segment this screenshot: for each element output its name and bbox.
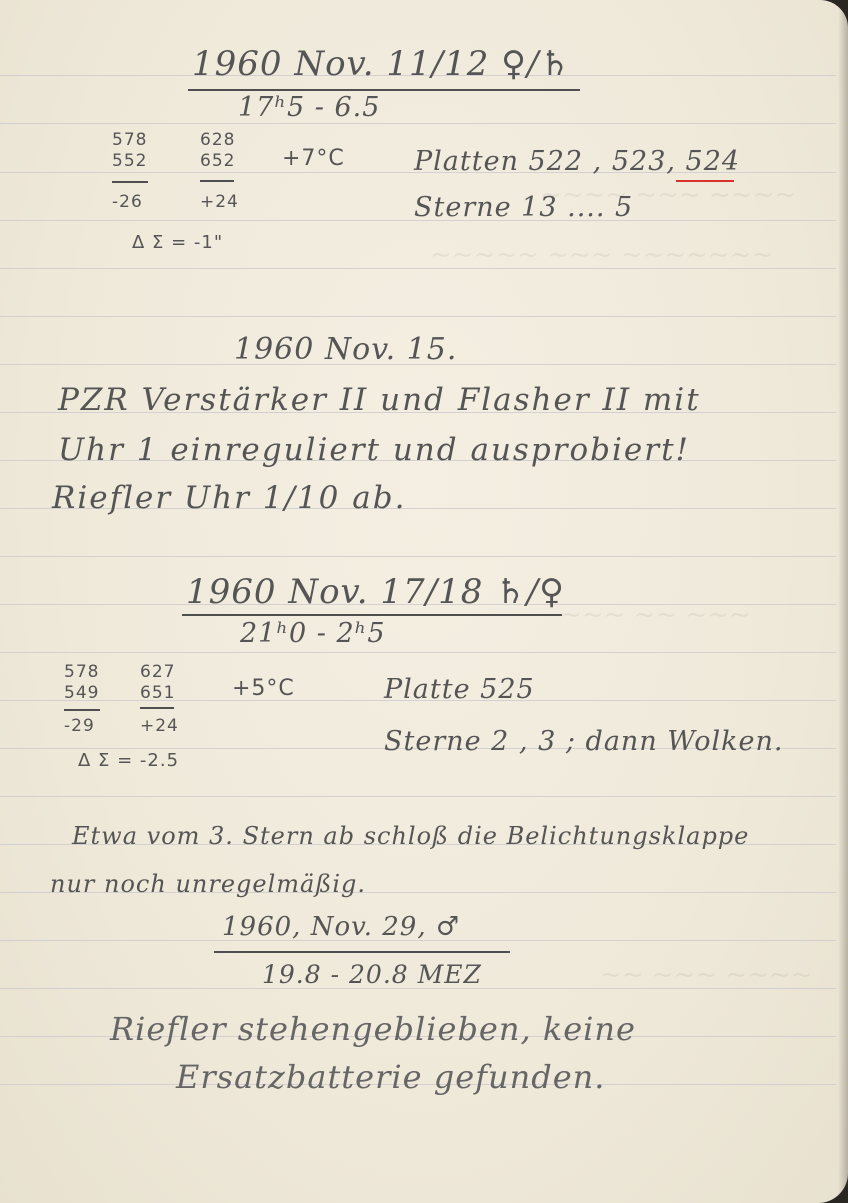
calc-top: 627: [140, 662, 175, 682]
calc-bottom: 652: [200, 151, 235, 171]
calc-bottom: 552: [112, 151, 147, 171]
calc-top: 578: [64, 662, 99, 682]
note-line: Etwa vom 3. Stern ab schloß die Belichtu…: [72, 822, 749, 850]
calc-result: +24: [200, 192, 239, 212]
entry-heading: 1960, Nov. 29, ♂: [222, 912, 460, 942]
stars-line: Sterne 13 .... 5: [414, 192, 633, 223]
time-range: 19.8 - 20.8 MEZ: [262, 960, 482, 989]
entry-heading: 1960 Nov. 11/12 ♀/♄: [192, 44, 571, 84]
notebook-page: ~~~~ ~~~ ~~~~ ~~~~~ ~~~ ~~~~~~~ ~~~ ~~ ~…: [0, 0, 848, 1203]
temperature: +7°C: [282, 146, 345, 171]
ruled-line: [0, 556, 836, 557]
entry-heading: 1960 Nov. 17/18 ♄/♀: [186, 572, 565, 612]
bleed-through-text: ~~~~~ ~~~ ~~~~~~~: [430, 240, 773, 270]
plates-line: Platte 525: [384, 674, 535, 705]
note-line: Ersatzbatterie gefunden.: [176, 1058, 605, 1096]
ruled-line: [0, 796, 836, 797]
note-line: Riefler stehengeblieben, keine: [110, 1010, 636, 1048]
time-range: 21ʰ0 - 2ʰ5: [240, 618, 386, 649]
note-line: nur noch unregelmäßig.: [50, 870, 366, 898]
delta-value: Δ Σ = -2.5: [78, 750, 179, 771]
note-line: Uhr 1 einreguliert und ausprobiert!: [58, 432, 690, 468]
bleed-through-text: ~~~ ~~ ~~~: [560, 600, 751, 630]
note-line: PZR Verstärker II und Flasher II mit: [58, 382, 701, 418]
temperature: +5°C: [232, 676, 295, 701]
ruled-line: [0, 316, 836, 317]
calc-bottom: 549: [64, 683, 99, 703]
red-underline: [676, 180, 734, 182]
stars-line: Sterne 2 , 3 ; dann Wolken.: [384, 726, 783, 757]
heading-underline: [182, 614, 562, 616]
page-edge-shadow: [838, 0, 848, 1203]
calc-rule: [200, 180, 234, 182]
calc-top: 578: [112, 130, 147, 150]
ruled-line: [0, 123, 836, 124]
heading-underline: [188, 89, 580, 91]
calc-result: -29: [64, 716, 95, 736]
calc-rule: [64, 709, 100, 711]
ruled-line: [0, 652, 836, 653]
calc-result: -26: [112, 192, 143, 212]
calc-top: 628: [200, 130, 235, 150]
calc-result: +24: [140, 716, 179, 736]
note-line: Riefler Uhr 1/10 ab.: [52, 480, 406, 516]
calc-rule: [140, 707, 174, 709]
entry-heading: 1960 Nov. 15.: [234, 332, 457, 367]
calc-bottom: 651: [140, 683, 175, 703]
calc-rule: [112, 181, 148, 183]
delta-value: Δ Σ = -1": [132, 232, 223, 253]
time-range: 17ʰ5 - 6.5: [238, 92, 380, 123]
bleed-through-text: ~~ ~~~ ~~~~: [600, 960, 813, 990]
heading-underline: [214, 951, 510, 953]
plates-line: Platten 522 , 523, 524: [414, 146, 740, 177]
